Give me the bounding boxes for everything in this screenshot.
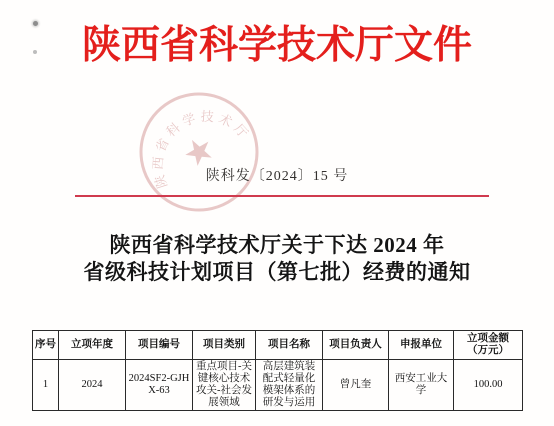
column-header: 项目编号: [126, 331, 193, 360]
table-cell: 2024SF2-GJHX-63: [126, 360, 193, 411]
table-cell: 100.00: [454, 360, 523, 411]
column-header: 立项金额 （万元）: [454, 331, 523, 360]
table-cell: 西安工业大学: [389, 360, 454, 411]
column-header: 立项年度: [59, 331, 126, 360]
table-cell: 2024: [59, 360, 126, 411]
document-page: 陕西省科学技术厅文件 陕西省科学技术厅 陕科发〔2024〕15 号 陕西省科学技…: [0, 0, 554, 426]
notice-title-line2: 省级科技计划项目（第七批）经费的通知: [0, 256, 554, 286]
column-header: 项目名称: [256, 331, 323, 360]
column-header: 项目类别: [193, 331, 256, 360]
table-cell: 曾凡奎: [323, 360, 389, 411]
table-cell: 重点项目-关键核心技术攻关-社会发展领域: [193, 360, 256, 411]
doc-number: 陕科发〔2024〕15 号: [0, 165, 554, 185]
table-body: 120242024SF2-GJHX-63重点项目-关键核心技术攻关-社会发展领域…: [33, 360, 523, 411]
org-header-title: 陕西省科学技术厅文件: [0, 14, 554, 70]
red-divider-line: [75, 195, 489, 197]
column-header: 申报单位: [389, 331, 454, 360]
notice-title-line1: 陕西省科学技术厅关于下达 2024 年: [0, 229, 554, 259]
official-seal-stamp: 陕西省科学技术厅: [134, 87, 264, 217]
table-cell: 高层建筑装配式轻量化模架体系的研发与运用: [256, 360, 323, 411]
star-icon: [180, 133, 216, 168]
table-cell: 1: [33, 360, 59, 411]
column-header: 序号: [33, 331, 59, 360]
column-header: 项目负责人: [323, 331, 389, 360]
table-row: 120242024SF2-GJHX-63重点项目-关键核心技术攻关-社会发展领域…: [33, 360, 523, 411]
table-header-row: 序号立项年度项目编号项目类别项目名称项目负责人申报单位立项金额 （万元）: [33, 331, 523, 360]
projects-table: 序号立项年度项目编号项目类别项目名称项目负责人申报单位立项金额 （万元） 120…: [32, 330, 523, 411]
